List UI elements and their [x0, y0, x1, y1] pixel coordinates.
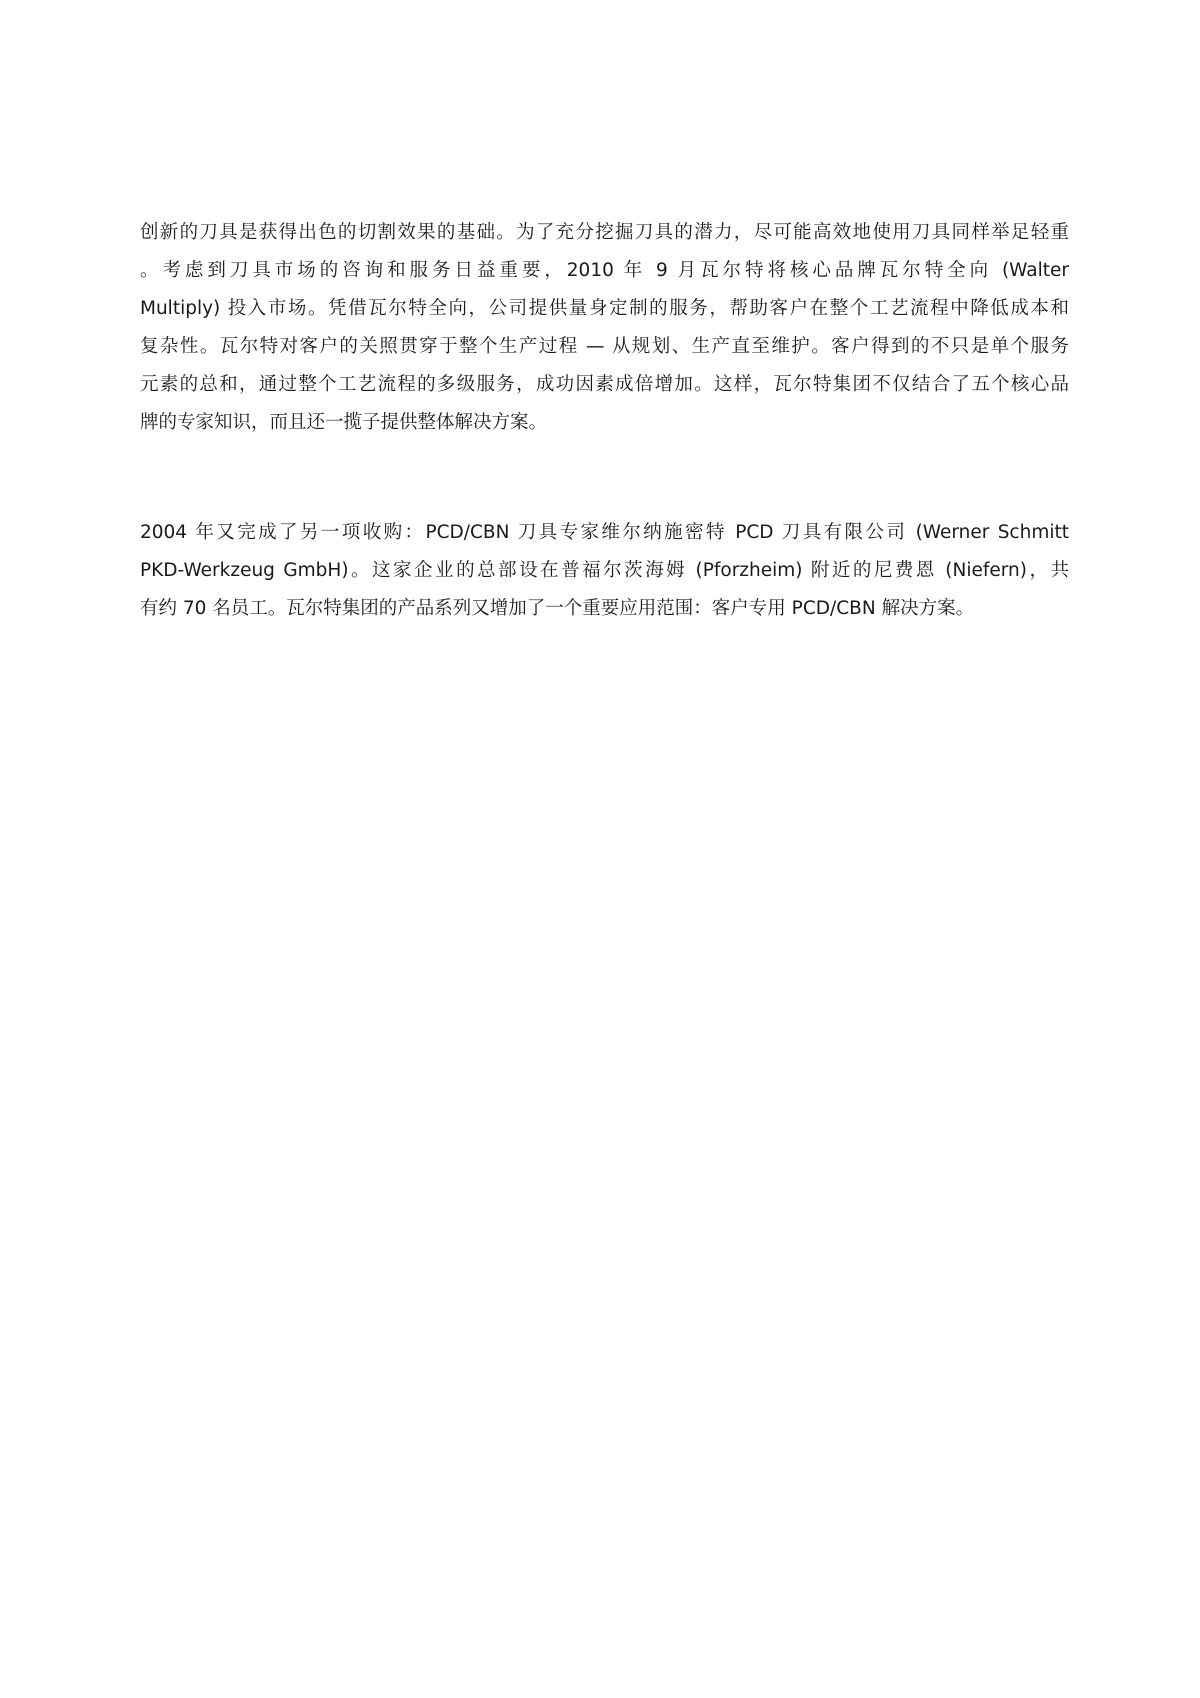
paragraph-2004-acquisition: 2004 年又完成了另一项收购：PCD/CBN 刀具专家维尔纳施密特 PCD 刀… — [140, 514, 1069, 628]
text-line: Multiply) 投入市场。凭借瓦尔特全向，公司提供量身定制的服务，帮助客户在… — [140, 290, 1069, 328]
text-line: 元素的总和，通过整个工艺流程的多级服务，成功因素成倍增加。这样，瓦尔特集团不仅结… — [140, 366, 1069, 404]
text-line: 有约 70 名员工。瓦尔特集团的产品系列又增加了一个重要应用范围：客户专用 PC… — [140, 590, 1069, 628]
document-page: 创新的刀具是获得出色的切割效果的基础。为了充分挖掘刀具的潜力，尽可能高效地使用刀… — [0, 0, 1200, 1698]
text-line: 复杂性。瓦尔特对客户的关照贯穿于整个生产过程 — 从规划、生产直至维护。客户得到… — [140, 328, 1069, 366]
text-line: PKD-Werkzeug GmbH)。这家企业的总部设在普福尔茨海姆 (Pfor… — [140, 552, 1069, 590]
text-line: 创新的刀具是获得出色的切割效果的基础。为了充分挖掘刀具的潜力，尽可能高效地使用刀… — [140, 214, 1069, 252]
text-line: 牌的专家知识，而且还一揽子提供整体解决方案。 — [140, 404, 1069, 442]
text-line: 。考虑到刀具市场的咨询和服务日益重要，2010 年 9 月瓦尔特将核心品牌瓦尔特… — [140, 252, 1069, 290]
paragraph-walter-multiply: 创新的刀具是获得出色的切割效果的基础。为了充分挖掘刀具的潜力，尽可能高效地使用刀… — [140, 214, 1069, 442]
text-line: 2004 年又完成了另一项收购：PCD/CBN 刀具专家维尔纳施密特 PCD 刀… — [140, 514, 1069, 552]
